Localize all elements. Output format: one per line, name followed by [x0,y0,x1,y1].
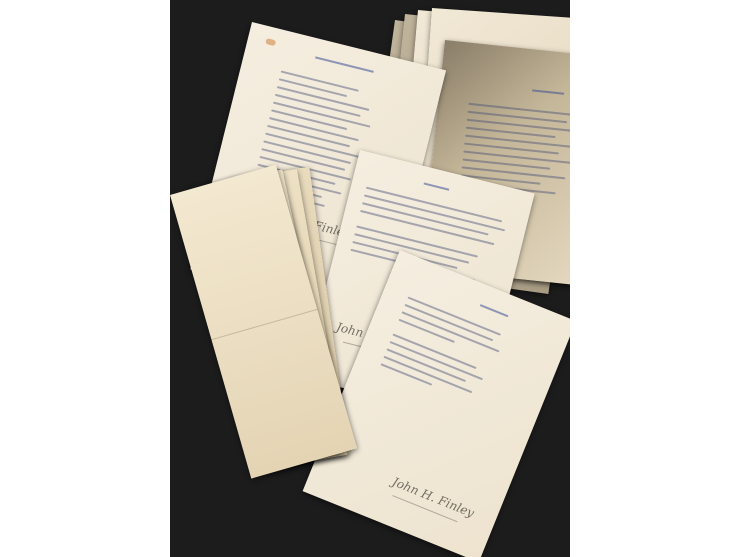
manuscript-photo: John H. Finley John H. Finley John H. Fi… [170,0,570,557]
sheet-title [424,182,450,190]
sheet-title [480,304,509,317]
sheet-title [315,56,374,72]
stain [265,38,276,46]
signature: John H. Finley [390,475,476,521]
